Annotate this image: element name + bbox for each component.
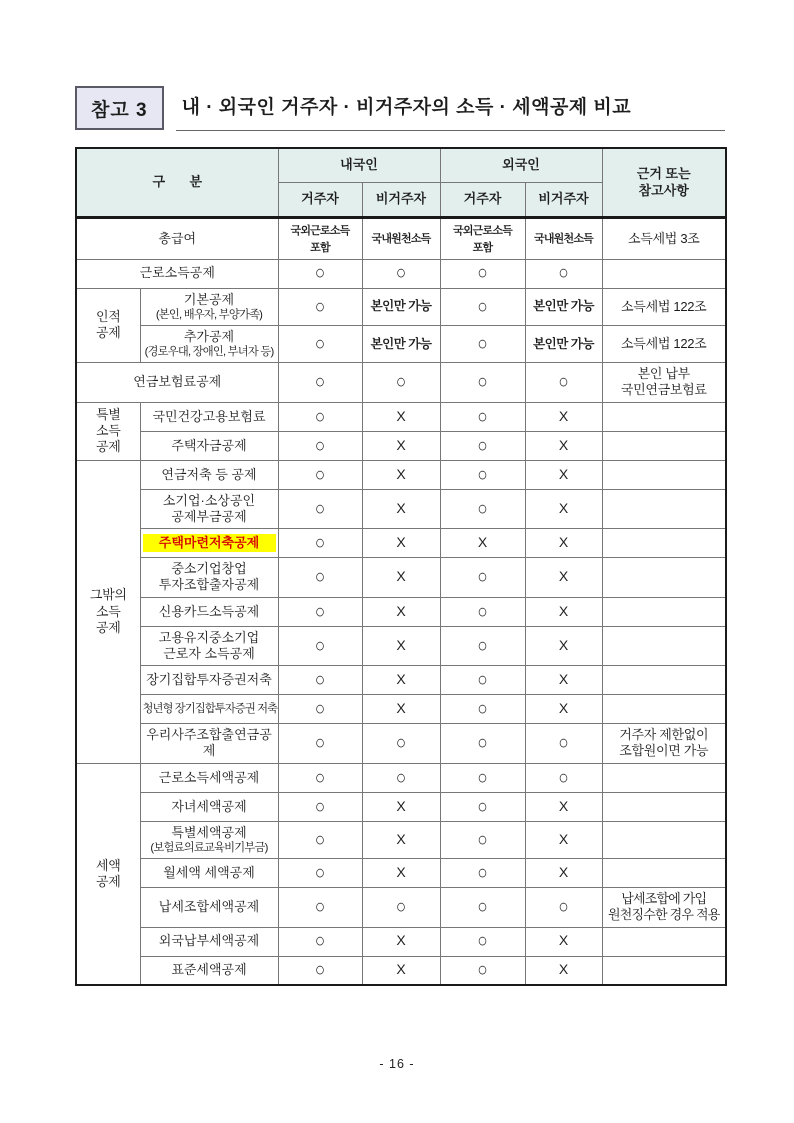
value-cell: X (362, 597, 440, 626)
circle-mark: ○ (315, 733, 325, 753)
circle-mark: ○ (315, 829, 325, 849)
circle-mark: ○ (477, 636, 487, 656)
label-text: 추가공제 (143, 329, 276, 345)
value-cell: X (362, 626, 440, 666)
row-label: 소기업·소상공인 공제부금공제 (140, 489, 278, 529)
label-text: 총급여 (79, 231, 276, 247)
value-cell: X (362, 402, 440, 431)
value-cell: ○ (525, 888, 602, 928)
value-cell: ○ (278, 695, 362, 724)
table-row: 추가공제(경로우대, 장애인, 부녀자 등)○본인만 가능○본인만 가능소득세법… (76, 325, 726, 362)
circle-mark: ○ (477, 406, 487, 426)
circle-mark: ○ (477, 960, 487, 980)
value-cell: X (525, 402, 602, 431)
reference-cell (602, 259, 726, 288)
x-mark: X (396, 568, 405, 584)
table-row: 자녀세액공제○X○X (76, 792, 726, 821)
reference-cell (602, 695, 726, 724)
row-label: 우리사주조합출연금공제 (140, 724, 278, 764)
reference-cell (602, 859, 726, 888)
x-mark: X (396, 534, 405, 550)
subheader-foreign-resident: 거주자 (440, 183, 525, 218)
table-row: 고용유지중소기업 근로자 소득공제○X○X (76, 626, 726, 666)
circle-mark: ○ (315, 931, 325, 951)
value-cell: 국내원천소득 (525, 218, 602, 260)
value-cell: ○ (278, 792, 362, 821)
circle-mark: ○ (396, 372, 406, 392)
circle-mark: ○ (477, 499, 487, 519)
table-row: 근로소득공제○○○○ (76, 259, 726, 288)
label-text: 국민건강고용보험료 (143, 409, 276, 425)
x-mark: X (396, 408, 405, 424)
circle-mark: ○ (315, 670, 325, 690)
reference-cell (602, 666, 726, 695)
subheader-foreign-nonresident: 비거주자 (525, 183, 602, 218)
label-text: 신용카드소득공제 (143, 604, 276, 620)
value-text: 본인만 가능 (533, 337, 594, 351)
x-mark: X (559, 637, 568, 653)
x-mark: X (396, 500, 405, 516)
label-text: 특별세액공제 (143, 825, 276, 841)
value-cell: ○ (440, 626, 525, 666)
value-cell: ○ (278, 821, 362, 858)
value-cell: X (362, 529, 440, 558)
circle-mark: ○ (477, 296, 487, 316)
circle-mark: ○ (477, 464, 487, 484)
label-text: 주택자금공제 (143, 438, 276, 454)
value-cell: ○ (440, 288, 525, 325)
row-label: 청년형 장기집합투자증권 저축 (140, 695, 278, 724)
x-mark: X (396, 798, 405, 814)
document-header: 참고 3 내 · 외국인 거주자 · 비거주자의 소득 · 세액공제 비교 (75, 86, 725, 131)
circle-mark: ○ (558, 733, 568, 753)
value-cell: X (362, 821, 440, 858)
row-label: 자녀세액공제 (140, 792, 278, 821)
value-cell: 본인만 가능 (362, 325, 440, 362)
table-row: 특별세액공제(보험료의료교육비기부금)○X○X (76, 821, 726, 858)
label-text: 고용유지중소기업 근로자 소득공제 (143, 630, 276, 663)
circle-mark: ○ (315, 263, 325, 283)
row-label: 주택마련저축공제 (140, 529, 278, 558)
value-text: 본인만 가능 (533, 299, 594, 313)
table-row: 세액 공제근로소득세액공제○○○○ (76, 763, 726, 792)
value-cell: ○ (440, 859, 525, 888)
value-cell: ○ (440, 402, 525, 431)
label-text: 근로소득공제 (79, 265, 276, 281)
value-cell: ○ (362, 363, 440, 403)
circle-mark: ○ (315, 567, 325, 587)
value-cell: X (525, 597, 602, 626)
x-mark: X (559, 466, 568, 482)
value-cell: X (525, 489, 602, 529)
x-mark: X (396, 671, 405, 687)
circle-mark: ○ (477, 796, 487, 816)
x-mark: X (478, 534, 487, 550)
row-label: 특별세액공제(보험료의료교육비기부금) (140, 821, 278, 858)
x-mark: X (559, 671, 568, 687)
value-cell: ○ (440, 259, 525, 288)
value-cell: ○ (525, 259, 602, 288)
reference-cell (602, 927, 726, 956)
section-label: 인적 공제 (76, 288, 140, 363)
x-mark: X (559, 437, 568, 453)
value-cell: X (525, 956, 602, 985)
reference-cell: 거주자 제한없이 조합원이면 가능 (602, 724, 726, 764)
value-cell: ○ (440, 558, 525, 598)
row-label: 중소기업창업 투자조합출자공제 (140, 558, 278, 598)
row-label: 주택자금공제 (140, 431, 278, 460)
value-cell: X (362, 859, 440, 888)
value-text: 본인만 가능 (371, 299, 432, 313)
row-label: 기본공제(본인, 배우자, 부양가족) (140, 288, 278, 325)
subheader-korean-resident: 거주자 (278, 183, 362, 218)
row-label: 근로소득공제 (76, 259, 278, 288)
label-text: 근로소득세액공제 (143, 770, 276, 786)
reference-cell (602, 763, 726, 792)
circle-mark: ○ (477, 435, 487, 455)
value-cell: ○ (440, 666, 525, 695)
value-cell: ○ (278, 489, 362, 529)
circle-mark: ○ (315, 372, 325, 392)
circle-mark: ○ (315, 796, 325, 816)
reference-cell: 소득세법 3조 (602, 218, 726, 260)
row-label: 연금보험료공제 (76, 363, 278, 403)
value-cell: ○ (440, 792, 525, 821)
x-mark: X (559, 932, 568, 948)
label-text: 기본공제 (143, 292, 276, 308)
label-text: 표준세액공제 (143, 962, 276, 978)
reference-cell (602, 460, 726, 489)
value-cell: ○ (278, 859, 362, 888)
value-cell: ○ (278, 529, 362, 558)
reference-cell (602, 821, 726, 858)
column-header-foreign: 외국인 (440, 148, 602, 183)
highlighted-label-text: 주택마련저축공제 (143, 534, 276, 552)
circle-mark: ○ (315, 897, 325, 917)
table-row: 인적 공제기본공제(본인, 배우자, 부양가족)○본인만 가능○본인만 가능소득… (76, 288, 726, 325)
value-cell: X (525, 792, 602, 821)
value-cell: ○ (362, 259, 440, 288)
x-mark: X (396, 932, 405, 948)
value-cell: ○ (278, 888, 362, 928)
x-mark: X (396, 864, 405, 880)
value-cell: 국외근로소득 포함 (440, 218, 525, 260)
reference-cell (602, 792, 726, 821)
value-cell: ○ (440, 363, 525, 403)
circle-mark: ○ (315, 499, 325, 519)
table-row: 중소기업창업 투자조합출자공제○X○X (76, 558, 726, 598)
table-row: 월세액 세액공제○X○X (76, 859, 726, 888)
value-cell: ○ (525, 363, 602, 403)
value-cell: X (362, 431, 440, 460)
reference-cell (602, 402, 726, 431)
circle-mark: ○ (477, 767, 487, 787)
value-cell: X (362, 666, 440, 695)
value-cell: X (362, 792, 440, 821)
circle-mark: ○ (315, 435, 325, 455)
circle-mark: ○ (558, 767, 568, 787)
value-cell: X (525, 666, 602, 695)
value-text: 본인만 가능 (371, 337, 432, 351)
label-subtext: (보험료의료교육비기부금) (143, 841, 276, 855)
row-label: 표준세액공제 (140, 956, 278, 985)
circle-mark: ○ (396, 733, 406, 753)
label-text: 중소기업창업 투자조합출자공제 (143, 561, 276, 594)
value-cell: ○ (278, 626, 362, 666)
circle-mark: ○ (558, 263, 568, 283)
value-text: 국내원천소득 (372, 233, 431, 245)
label-text: 연금저축 등 공제 (143, 467, 276, 483)
value-cell: X (525, 927, 602, 956)
row-label: 국민건강고용보험료 (140, 402, 278, 431)
row-label: 총급여 (76, 218, 278, 260)
value-text: 국내원천소득 (534, 233, 593, 245)
table-row: 총급여국외근로소득 포함국내원천소득국외근로소득 포함국내원천소득소득세법 3조 (76, 218, 726, 260)
document-page: 참고 3 내 · 외국인 거주자 · 비거주자의 소득 · 세액공제 비교 구 … (0, 0, 794, 1123)
circle-mark: ○ (315, 334, 325, 354)
value-cell: ○ (440, 460, 525, 489)
reference-cell (602, 597, 726, 626)
value-cell: ○ (278, 763, 362, 792)
value-cell: X (362, 695, 440, 724)
reference-cell (602, 431, 726, 460)
value-cell: ○ (278, 460, 362, 489)
label-text: 외국납부세액공제 (143, 933, 276, 949)
reference-badge: 참고 3 (75, 86, 164, 130)
table-row: 우리사주조합출연금공제○○○○거주자 제한없이 조합원이면 가능 (76, 724, 726, 764)
value-cell: ○ (278, 288, 362, 325)
label-text: 월세액 세액공제 (143, 865, 276, 881)
value-cell: ○ (278, 597, 362, 626)
row-label: 근로소득세액공제 (140, 763, 278, 792)
circle-mark: ○ (315, 699, 325, 719)
reference-cell (602, 626, 726, 666)
reference-cell (602, 956, 726, 985)
value-cell: ○ (440, 956, 525, 985)
column-header-category: 구 분 (76, 148, 278, 218)
circle-mark: ○ (396, 767, 406, 787)
value-text: 국외근로소득 포함 (453, 225, 512, 254)
table-row: 특별 소득 공제국민건강고용보험료○X○X (76, 402, 726, 431)
x-mark: X (559, 603, 568, 619)
x-mark: X (396, 603, 405, 619)
title-underline: 내 · 외국인 거주자 · 비거주자의 소득 · 세액공제 비교 (176, 86, 725, 131)
column-header-korean: 내국인 (278, 148, 440, 183)
label-text: 소기업·소상공인 공제부금공제 (143, 493, 276, 526)
value-cell: X (362, 460, 440, 489)
page-number: - 16 - (0, 1057, 794, 1071)
circle-mark: ○ (315, 406, 325, 426)
value-cell: ○ (440, 724, 525, 764)
value-cell: ○ (440, 325, 525, 362)
circle-mark: ○ (477, 897, 487, 917)
value-cell: 본인만 가능 (362, 288, 440, 325)
x-mark: X (559, 500, 568, 516)
value-cell: ○ (278, 927, 362, 956)
section-label: 그밖의 소득 공제 (76, 460, 140, 763)
circle-mark: ○ (477, 863, 487, 883)
reference-cell (602, 558, 726, 598)
row-label: 납세조합세액공제 (140, 888, 278, 928)
x-mark: X (396, 831, 405, 847)
subheader-korean-nonresident: 비거주자 (362, 183, 440, 218)
row-label: 월세액 세액공제 (140, 859, 278, 888)
circle-mark: ○ (477, 601, 487, 621)
value-cell: ○ (278, 325, 362, 362)
x-mark: X (559, 568, 568, 584)
table-body: 총급여국외근로소득 포함국내원천소득국외근로소득 포함국내원천소득소득세법 3조… (76, 218, 726, 986)
value-cell: ○ (525, 763, 602, 792)
value-cell: ○ (525, 724, 602, 764)
circle-mark: ○ (315, 533, 325, 553)
label-subtext: (경로우대, 장애인, 부녀자 등) (143, 345, 276, 359)
value-cell: ○ (278, 666, 362, 695)
header-row-1: 구 분 내국인 외국인 근거 또는 참고사항 (76, 148, 726, 183)
section-label: 특별 소득 공제 (76, 402, 140, 460)
section-label: 세액 공제 (76, 763, 140, 985)
row-label: 고용유지중소기업 근로자 소득공제 (140, 626, 278, 666)
value-cell: ○ (362, 763, 440, 792)
table-row: 그밖의 소득 공제연금저축 등 공제○X○X (76, 460, 726, 489)
x-mark: X (396, 961, 405, 977)
x-mark: X (559, 700, 568, 716)
label-text: 납세조합세액공제 (143, 899, 276, 915)
x-mark: X (396, 437, 405, 453)
row-label: 신용카드소득공제 (140, 597, 278, 626)
value-cell: X (525, 626, 602, 666)
circle-mark: ○ (477, 334, 487, 354)
circle-mark: ○ (396, 263, 406, 283)
circle-mark: ○ (558, 897, 568, 917)
value-cell: ○ (278, 431, 362, 460)
value-cell: ○ (278, 558, 362, 598)
circle-mark: ○ (477, 372, 487, 392)
x-mark: X (559, 864, 568, 880)
reference-cell: 납세조합에 가입 원천징수한 경우 적용 (602, 888, 726, 928)
value-cell: 국내원천소득 (362, 218, 440, 260)
column-header-reference: 근거 또는 참고사항 (602, 148, 726, 218)
value-cell: X (525, 558, 602, 598)
x-mark: X (559, 831, 568, 847)
value-cell: ○ (278, 402, 362, 431)
value-cell: X (362, 927, 440, 956)
value-cell: 본인만 가능 (525, 288, 602, 325)
circle-mark: ○ (315, 636, 325, 656)
value-cell: X (525, 859, 602, 888)
row-label: 연금저축 등 공제 (140, 460, 278, 489)
value-cell: X (362, 489, 440, 529)
x-mark: X (396, 700, 405, 716)
value-cell: ○ (440, 489, 525, 529)
value-cell: ○ (278, 724, 362, 764)
reference-cell: 본인 납부 국민연금보험료 (602, 363, 726, 403)
x-mark: X (396, 466, 405, 482)
table-row: 납세조합세액공제○○○○납세조합에 가입 원천징수한 경우 적용 (76, 888, 726, 928)
x-mark: X (559, 798, 568, 814)
circle-mark: ○ (477, 567, 487, 587)
table-row: 주택자금공제○X○X (76, 431, 726, 460)
value-cell: X (362, 558, 440, 598)
table-row: 연금보험료공제○○○○본인 납부 국민연금보험료 (76, 363, 726, 403)
row-label: 외국납부세액공제 (140, 927, 278, 956)
circle-mark: ○ (315, 767, 325, 787)
table-row: 신용카드소득공제○X○X (76, 597, 726, 626)
value-cell: ○ (440, 888, 525, 928)
value-cell: X (362, 956, 440, 985)
table-row: 표준세액공제○X○X (76, 956, 726, 985)
value-cell: ○ (440, 431, 525, 460)
reference-cell: 소득세법 122조 (602, 325, 726, 362)
circle-mark: ○ (396, 897, 406, 917)
value-cell: X (525, 431, 602, 460)
value-cell: X (525, 529, 602, 558)
value-cell: X (440, 529, 525, 558)
table-header: 구 분 내국인 외국인 근거 또는 참고사항 거주자 비거주자 거주자 비거주자 (76, 148, 726, 218)
circle-mark: ○ (558, 372, 568, 392)
circle-mark: ○ (315, 601, 325, 621)
value-cell: ○ (278, 956, 362, 985)
table-row: 소기업·소상공인 공제부금공제○X○X (76, 489, 726, 529)
value-cell: ○ (362, 888, 440, 928)
value-cell: 본인만 가능 (525, 325, 602, 362)
circle-mark: ○ (477, 931, 487, 951)
value-cell: ○ (440, 597, 525, 626)
value-cell: ○ (362, 724, 440, 764)
page-title: 내 · 외국인 거주자 · 비거주자의 소득 · 세액공제 비교 (182, 92, 725, 119)
x-mark: X (559, 408, 568, 424)
reference-cell (602, 489, 726, 529)
label-text: 자녀세액공제 (143, 799, 276, 815)
label-text: 청년형 장기집합투자증권 저축 (143, 702, 276, 716)
table-row: 장기집합투자증권저축○X○X (76, 666, 726, 695)
value-cell: ○ (440, 927, 525, 956)
circle-mark: ○ (477, 670, 487, 690)
label-text: 장기집합투자증권저축 (143, 672, 276, 688)
table-row: 청년형 장기집합투자증권 저축○X○X (76, 695, 726, 724)
label-text: 연금보험료공제 (79, 374, 276, 390)
reference-cell (602, 529, 726, 558)
value-cell: 국외근로소득 포함 (278, 218, 362, 260)
value-cell: X (525, 821, 602, 858)
table-row: 외국납부세액공제○X○X (76, 927, 726, 956)
circle-mark: ○ (477, 263, 487, 283)
value-text: 국외근로소득 포함 (291, 225, 350, 254)
value-cell: ○ (278, 259, 362, 288)
value-cell: ○ (278, 363, 362, 403)
label-subtext: (본인, 배우자, 부양가족) (143, 308, 276, 322)
x-mark: X (559, 961, 568, 977)
x-mark: X (559, 534, 568, 550)
circle-mark: ○ (477, 829, 487, 849)
circle-mark: ○ (477, 699, 487, 719)
circle-mark: ○ (315, 464, 325, 484)
reference-cell: 소득세법 122조 (602, 288, 726, 325)
value-cell: X (525, 460, 602, 489)
circle-mark: ○ (315, 296, 325, 316)
value-cell: ○ (440, 695, 525, 724)
comparison-table: 구 분 내국인 외국인 근거 또는 참고사항 거주자 비거주자 거주자 비거주자… (75, 147, 727, 986)
row-label: 장기집합투자증권저축 (140, 666, 278, 695)
row-label: 추가공제(경로우대, 장애인, 부녀자 등) (140, 325, 278, 362)
value-cell: X (525, 695, 602, 724)
label-text: 우리사주조합출연금공제 (143, 727, 276, 760)
value-cell: ○ (440, 763, 525, 792)
circle-mark: ○ (315, 863, 325, 883)
x-mark: X (396, 637, 405, 653)
table-row: 주택마련저축공제○XXX (76, 529, 726, 558)
circle-mark: ○ (477, 733, 487, 753)
value-cell: ○ (440, 821, 525, 858)
